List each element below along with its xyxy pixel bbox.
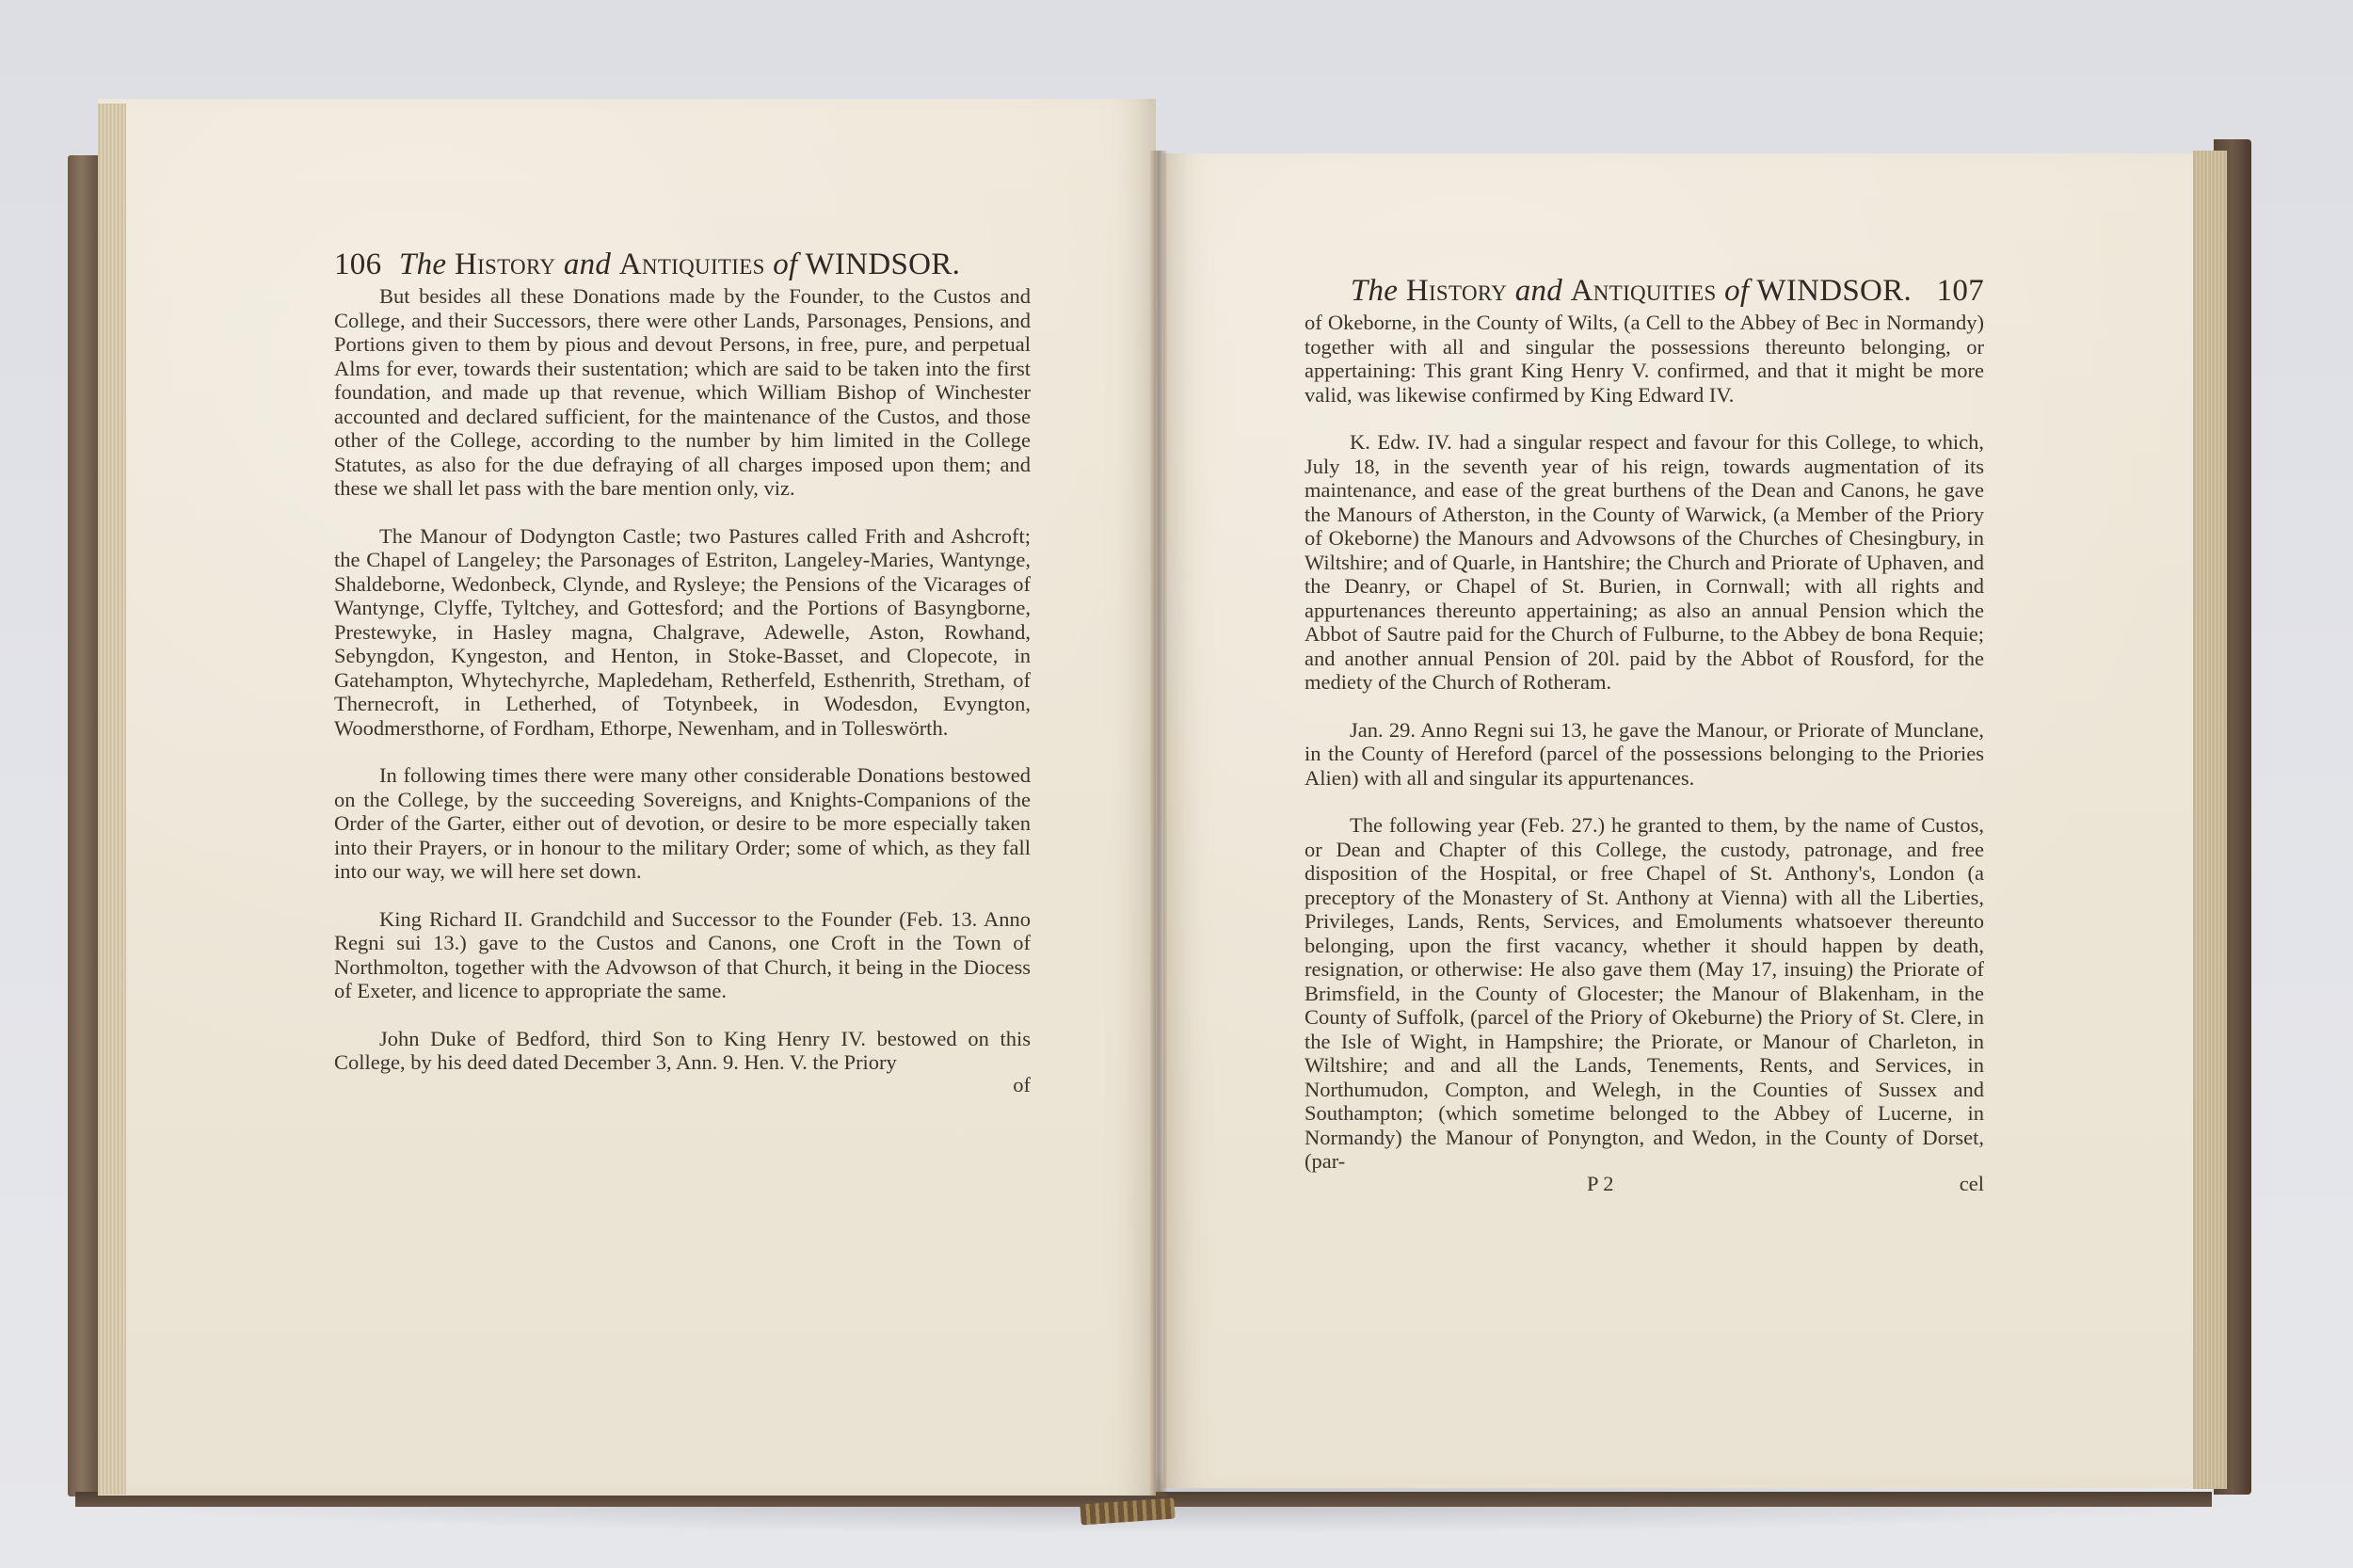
paragraph-blackletter-list: The Manour of Dodyngton Castle; two Past… [334, 524, 1031, 741]
left-page-text: 106 The History and Antiquities of WINDS… [334, 247, 1031, 1096]
signature-mark: P 2 [1587, 1172, 1614, 1196]
running-head-windsor: WINDSOR. [805, 248, 960, 281]
paragraph: In following times there were many other… [334, 763, 1031, 884]
running-head-history: History [1406, 274, 1507, 308]
paragraph: John Duke of Bedford, third Son to King … [334, 1027, 1031, 1075]
page-number-right: 107 [1937, 274, 1984, 308]
page-footer-right: P 2 cel [1305, 1172, 1984, 1196]
paragraph: Jan. 29. Anno Regni sui 13, he gave the … [1305, 718, 1984, 791]
left-page-edges [98, 104, 126, 1495]
book-cover-left [68, 155, 102, 1496]
page-number-left: 106 [334, 248, 381, 281]
paragraph-continued: of Okeborne, in the County of Wilts, (a … [1305, 311, 1984, 407]
paragraph: The following year (Feb. 27.) he granted… [1305, 813, 1984, 1174]
running-head-of: of [1724, 274, 1749, 308]
right-running-head: The History and Antiquities of WINDSOR. … [1305, 273, 1984, 309]
book-gutter [1150, 151, 1167, 1496]
paragraph: K. Edw. IV. had a singular respect and f… [1305, 430, 1984, 695]
paragraph: King Richard II. Grandchild and Successo… [334, 907, 1031, 1003]
paragraph: But besides all these Donations made by … [334, 284, 1031, 501]
running-head-antiquities: Antiquities [1571, 274, 1717, 308]
right-page-text: The History and Antiquities of WINDSOR. … [1305, 273, 1984, 1195]
running-head-and: and [564, 248, 611, 281]
running-head-antiquities: Antiquities [619, 248, 765, 281]
catchword-right: cel [1960, 1172, 1984, 1196]
running-head-of: of [773, 248, 797, 281]
running-head-windsor: WINDSOR. [1756, 274, 1912, 308]
running-head-history: History [455, 248, 555, 281]
running-head-and: and [1515, 274, 1562, 308]
left-running-head: 106 The History and Antiquities of WINDS… [334, 247, 1031, 282]
running-head-the: The [399, 248, 446, 281]
running-head-the: The [1351, 274, 1398, 308]
right-page-edges [2193, 151, 2227, 1489]
catchword-left: of [334, 1073, 1031, 1097]
